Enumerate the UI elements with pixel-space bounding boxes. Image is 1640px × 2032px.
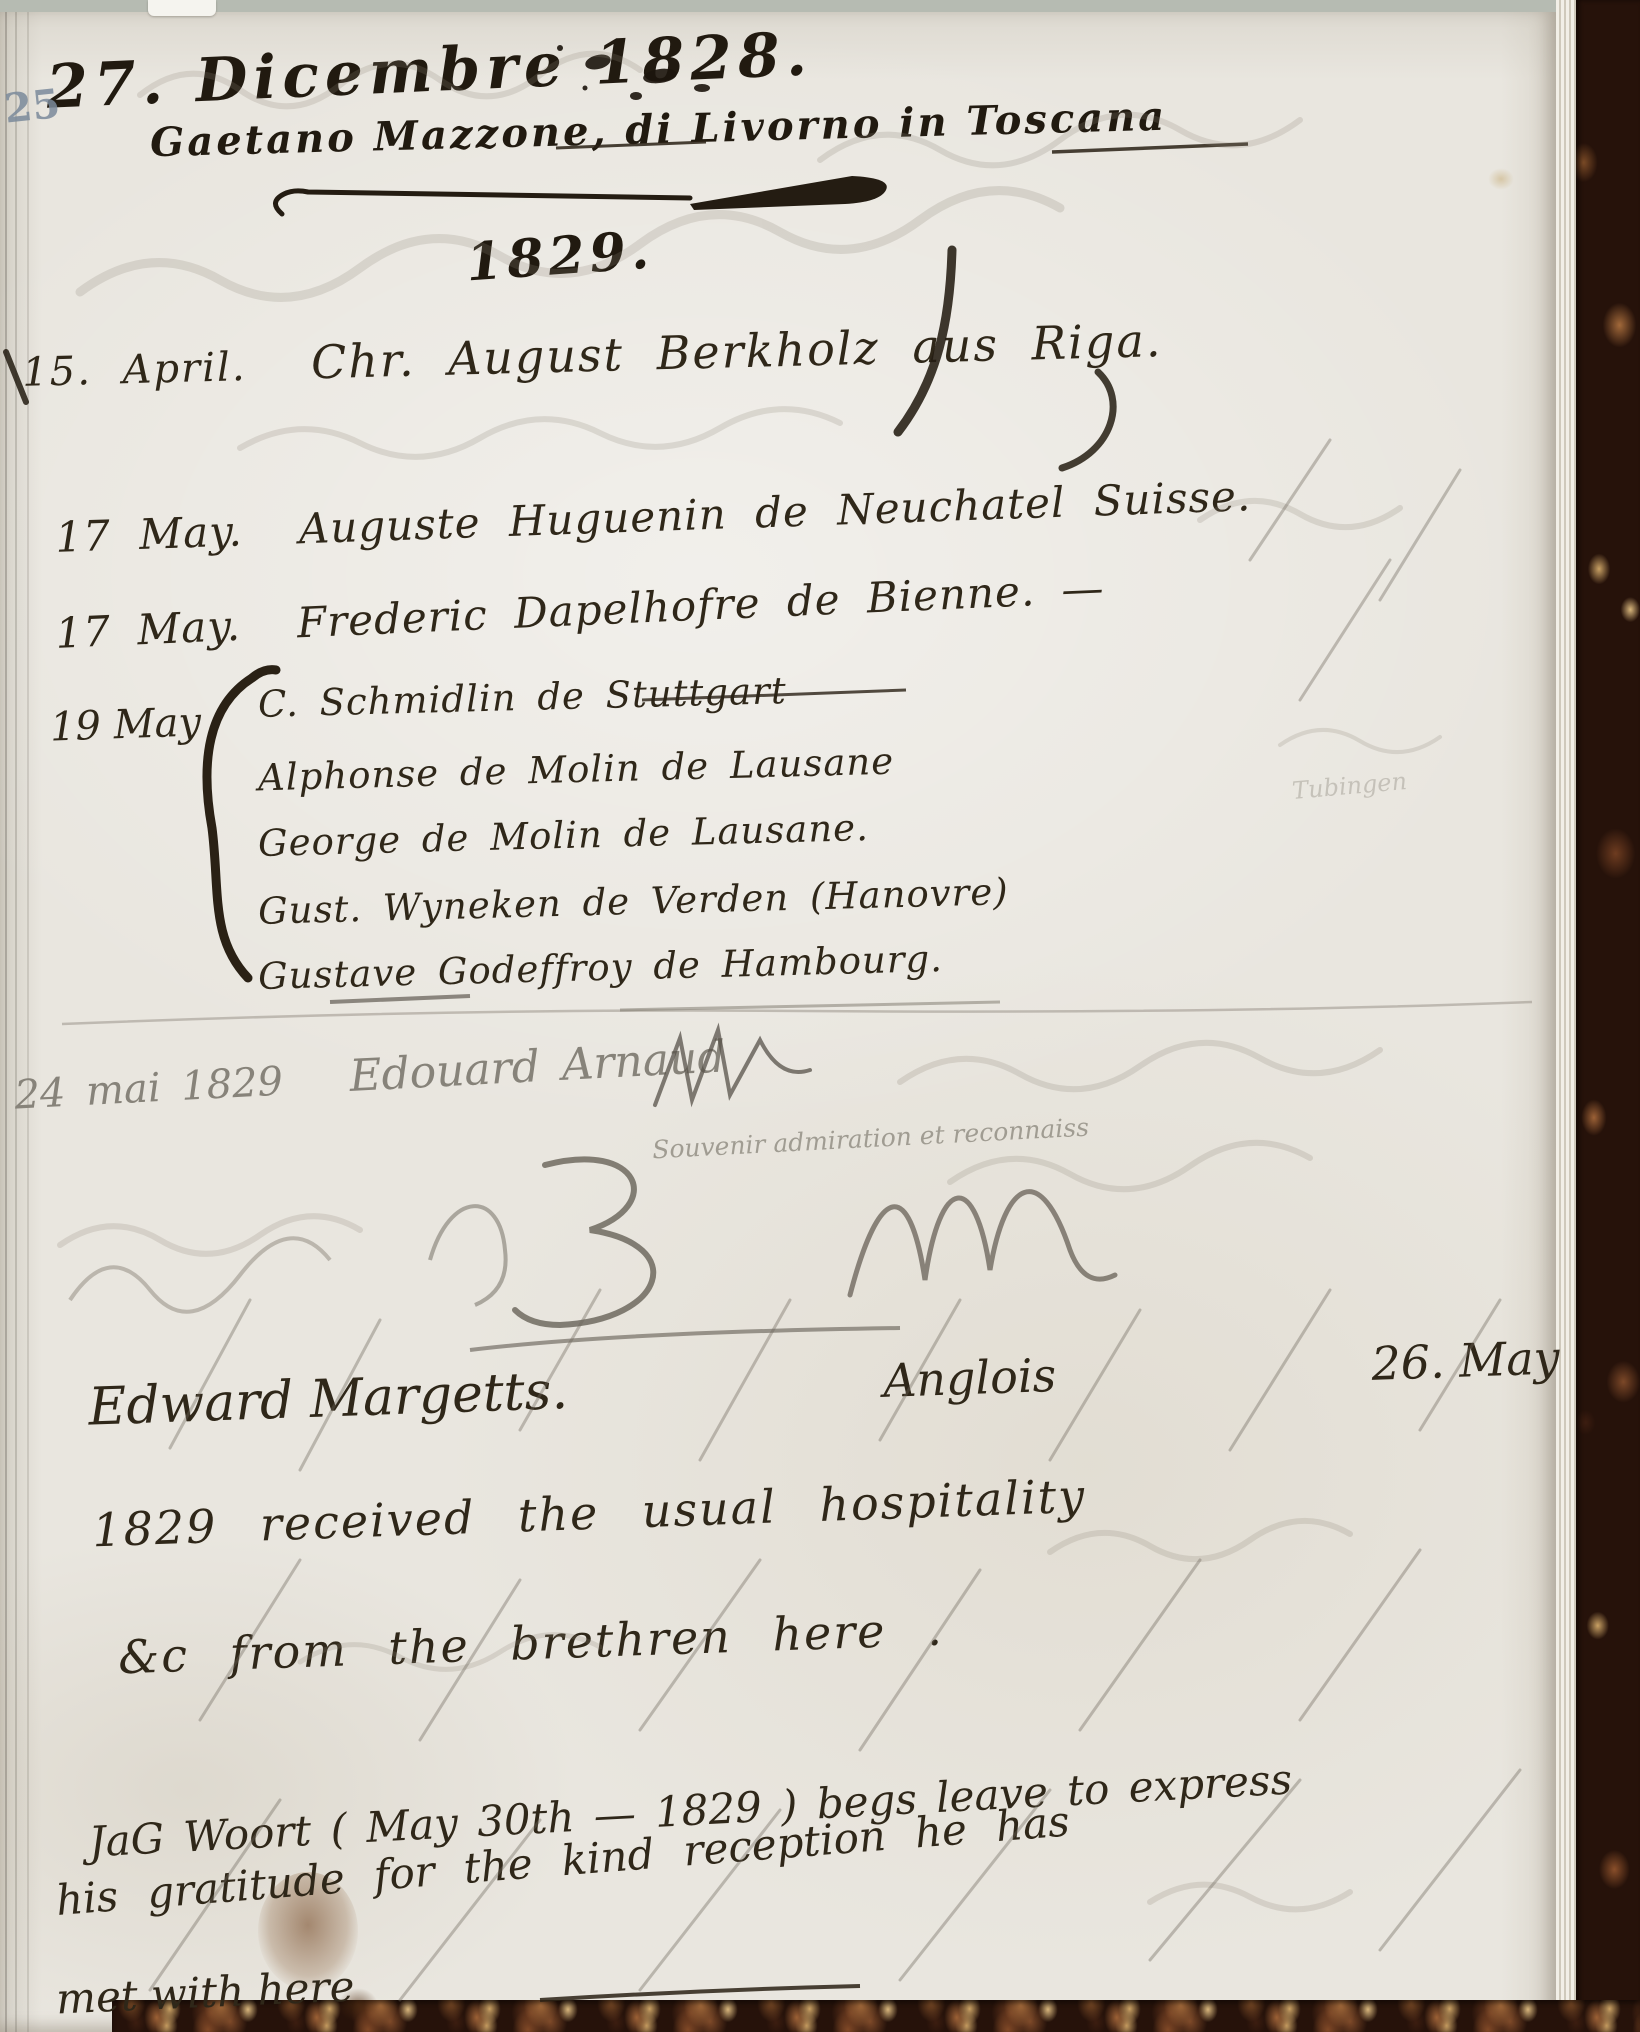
margetts-date: 26. May: [1370, 1330, 1560, 1391]
entry-group-date: 19 May: [49, 699, 202, 750]
paper-stain: [1488, 168, 1514, 190]
margetts-nationality: Anglois: [882, 1348, 1057, 1408]
paper-edge-tab: [148, 0, 216, 16]
manuscript-scan: 27. Dicembre 1828. Gaetano Mazzone, di L…: [0, 0, 1640, 2032]
marbled-cover-right: [1576, 0, 1640, 2032]
page-gutter-line: [5, 10, 7, 2032]
entry-date: 15. April.: [22, 344, 247, 396]
page-gutter-line: [15, 10, 17, 2032]
book-fore-edge: [1556, 0, 1576, 2032]
page-gutter-line: [27, 10, 29, 2032]
paper-page: [0, 10, 1556, 2032]
year-heading: 1829.: [464, 220, 656, 294]
entry-date: 17 May.: [55, 506, 244, 562]
entry-date: 17 May.: [54, 601, 241, 658]
